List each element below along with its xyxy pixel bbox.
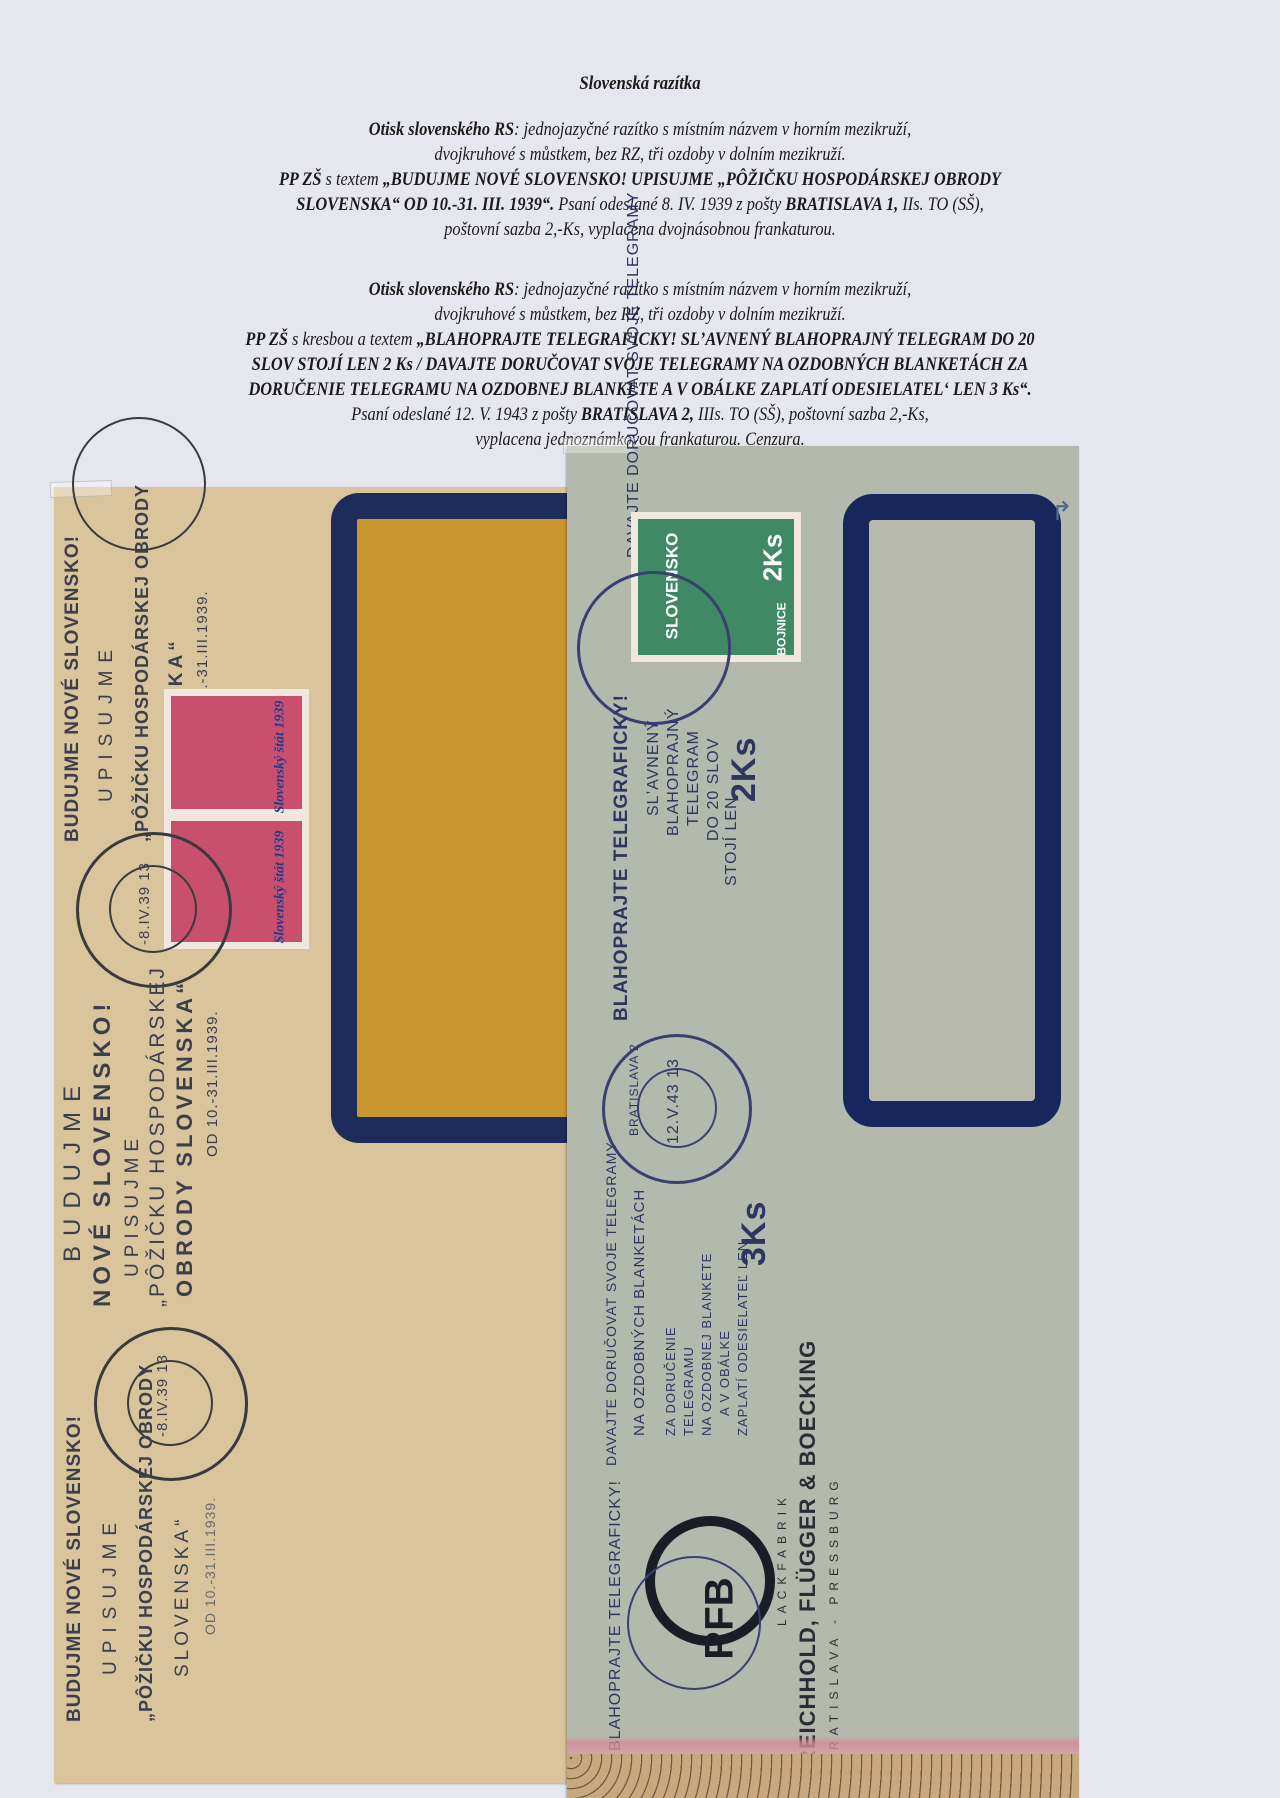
- slogan-bottom-line4: SLOVENSKA“: [172, 1516, 194, 1677]
- envelope-window: [843, 494, 1061, 1127]
- description-line: PP ZŠ s textem „BUDUJME NOVÉ SLOVENSKO! …: [90, 167, 1191, 192]
- slogan1-line2: BLAHOPRAJNÝ: [665, 708, 683, 836]
- slogan1-header: BLAHOPRAJTE TELEGRAFICKY!: [611, 694, 633, 1021]
- overprint-bottom: Slovenský štát 1939: [272, 831, 288, 944]
- slogan1-line4: DO 20 SLOV: [705, 738, 723, 841]
- pencil-mark: ↱: [1051, 496, 1073, 527]
- slogan1-line5: STOJÍ LEN: [723, 796, 741, 886]
- slogan2-line1: ZA DORUČENIE: [663, 1326, 678, 1436]
- postmark-date: 12.V.43 13: [665, 1058, 683, 1144]
- envelope-1943: ↱ DAVAJTE DORUČOVAT SVOJE TELEGRAMY SLOV…: [567, 446, 1079, 1798]
- slogan2-line5: ZAPLATÍ ODESIELATEĽ LEN: [735, 1241, 750, 1436]
- slogan-mid-line3: UPISUJME: [122, 1133, 144, 1277]
- slogan-bottom-line3: „PÔŽIČKU HOSPODÁRSKEJ OBRODY: [136, 1364, 157, 1722]
- censor-red-mark: [567, 1736, 1079, 1754]
- stamp-value: 2Ks: [757, 534, 788, 582]
- slogan-mid-line4: „PÔŽIČKU HOSPODÁRSKEJ: [146, 965, 170, 1307]
- slogan-mid-line1: BUDUJME: [59, 1076, 87, 1262]
- slogan-top-line3: „PÔŽIČKU HOSPODÁRSKEJ OBRODY: [132, 484, 153, 842]
- slogan-top-line2: UPISUJME: [96, 642, 118, 802]
- stamp-place: BOJNICE: [775, 602, 789, 655]
- slogan-bottom-line5: OD 10.-31.III.1939.: [202, 1497, 218, 1635]
- envelope-window: [331, 493, 574, 1143]
- description-line: dvojkruhové s můstkem, bez RZ, tři ozdob…: [90, 142, 1191, 167]
- slogan-mid-line5: OBRODY SLOVENSKA“: [172, 979, 198, 1297]
- slogan-mid-line6: OD 10.-31.III.1939.: [204, 1010, 221, 1157]
- envelope-1939: BUDUJME NOVÉ SLOVENSKO! UPISUJME „PÔŽIČK…: [54, 487, 574, 1783]
- slogan-mid-line2: NOVÉ SLOVENSKO!: [89, 999, 117, 1307]
- slogan-bottom-line1: BUDUJME NOVÉ SLOVENSKO!: [64, 1415, 86, 1722]
- slogan2-header: DAVAJTE DORUČOVAT SVOJE TELEGRAMY: [603, 1141, 619, 1466]
- page-title: Slovenská razítka: [77, 73, 1203, 95]
- postmark-1-inner: [109, 865, 197, 953]
- slogan2-line3: NA OZDOBNEJ BLANKETE: [699, 1253, 714, 1436]
- slogan1-price: 2Ks: [725, 737, 764, 802]
- slogan-bottom-line2: UPISUJME: [100, 1515, 122, 1675]
- sender-line3: BRATISLAVA - PRESSBURG: [827, 1475, 841, 1764]
- postmark-bottom: [627, 1556, 761, 1690]
- postmark-1-date: -8.IV.39 13: [136, 862, 153, 945]
- slogan1-line1: SLʼAVNENÝ: [645, 719, 663, 816]
- overprint-top: Slovenský štát 1939: [272, 701, 288, 814]
- slogan-top-line1: BUDUJME NOVÉ SLOVENSKO!: [62, 535, 84, 842]
- description-line: Otisk slovenského RS: jednojazyčné razít…: [90, 117, 1191, 142]
- slogan2-subheader: NA OZDOBNÝCH BLANKETÁCH: [631, 1189, 648, 1436]
- slogan1-line3: TELEGRAM: [685, 730, 703, 826]
- postmark-city: BRATISLAVA 2: [627, 1043, 641, 1136]
- slogan-top-partial: DAVAJTE DORUČOVAT SVOJE TELEGRAMY: [625, 192, 643, 558]
- sender-line1: LACKFABRIK: [775, 1492, 789, 1626]
- slogan2-line2: TELEGRAMU: [681, 1346, 696, 1436]
- sender-line2: REICHHOLD, FLÜGGER & BOECKING: [795, 1340, 821, 1766]
- slogan2-line4: A V OBÁLKE: [717, 1330, 732, 1416]
- postmark-stamp: [577, 571, 731, 725]
- slogan-bottom-partial: BLAHOPRAJTE TELEGRAFICKY!: [607, 1480, 625, 1751]
- censor-tape: [567, 1754, 1079, 1798]
- slogan2-price: 3Ks: [735, 1201, 774, 1266]
